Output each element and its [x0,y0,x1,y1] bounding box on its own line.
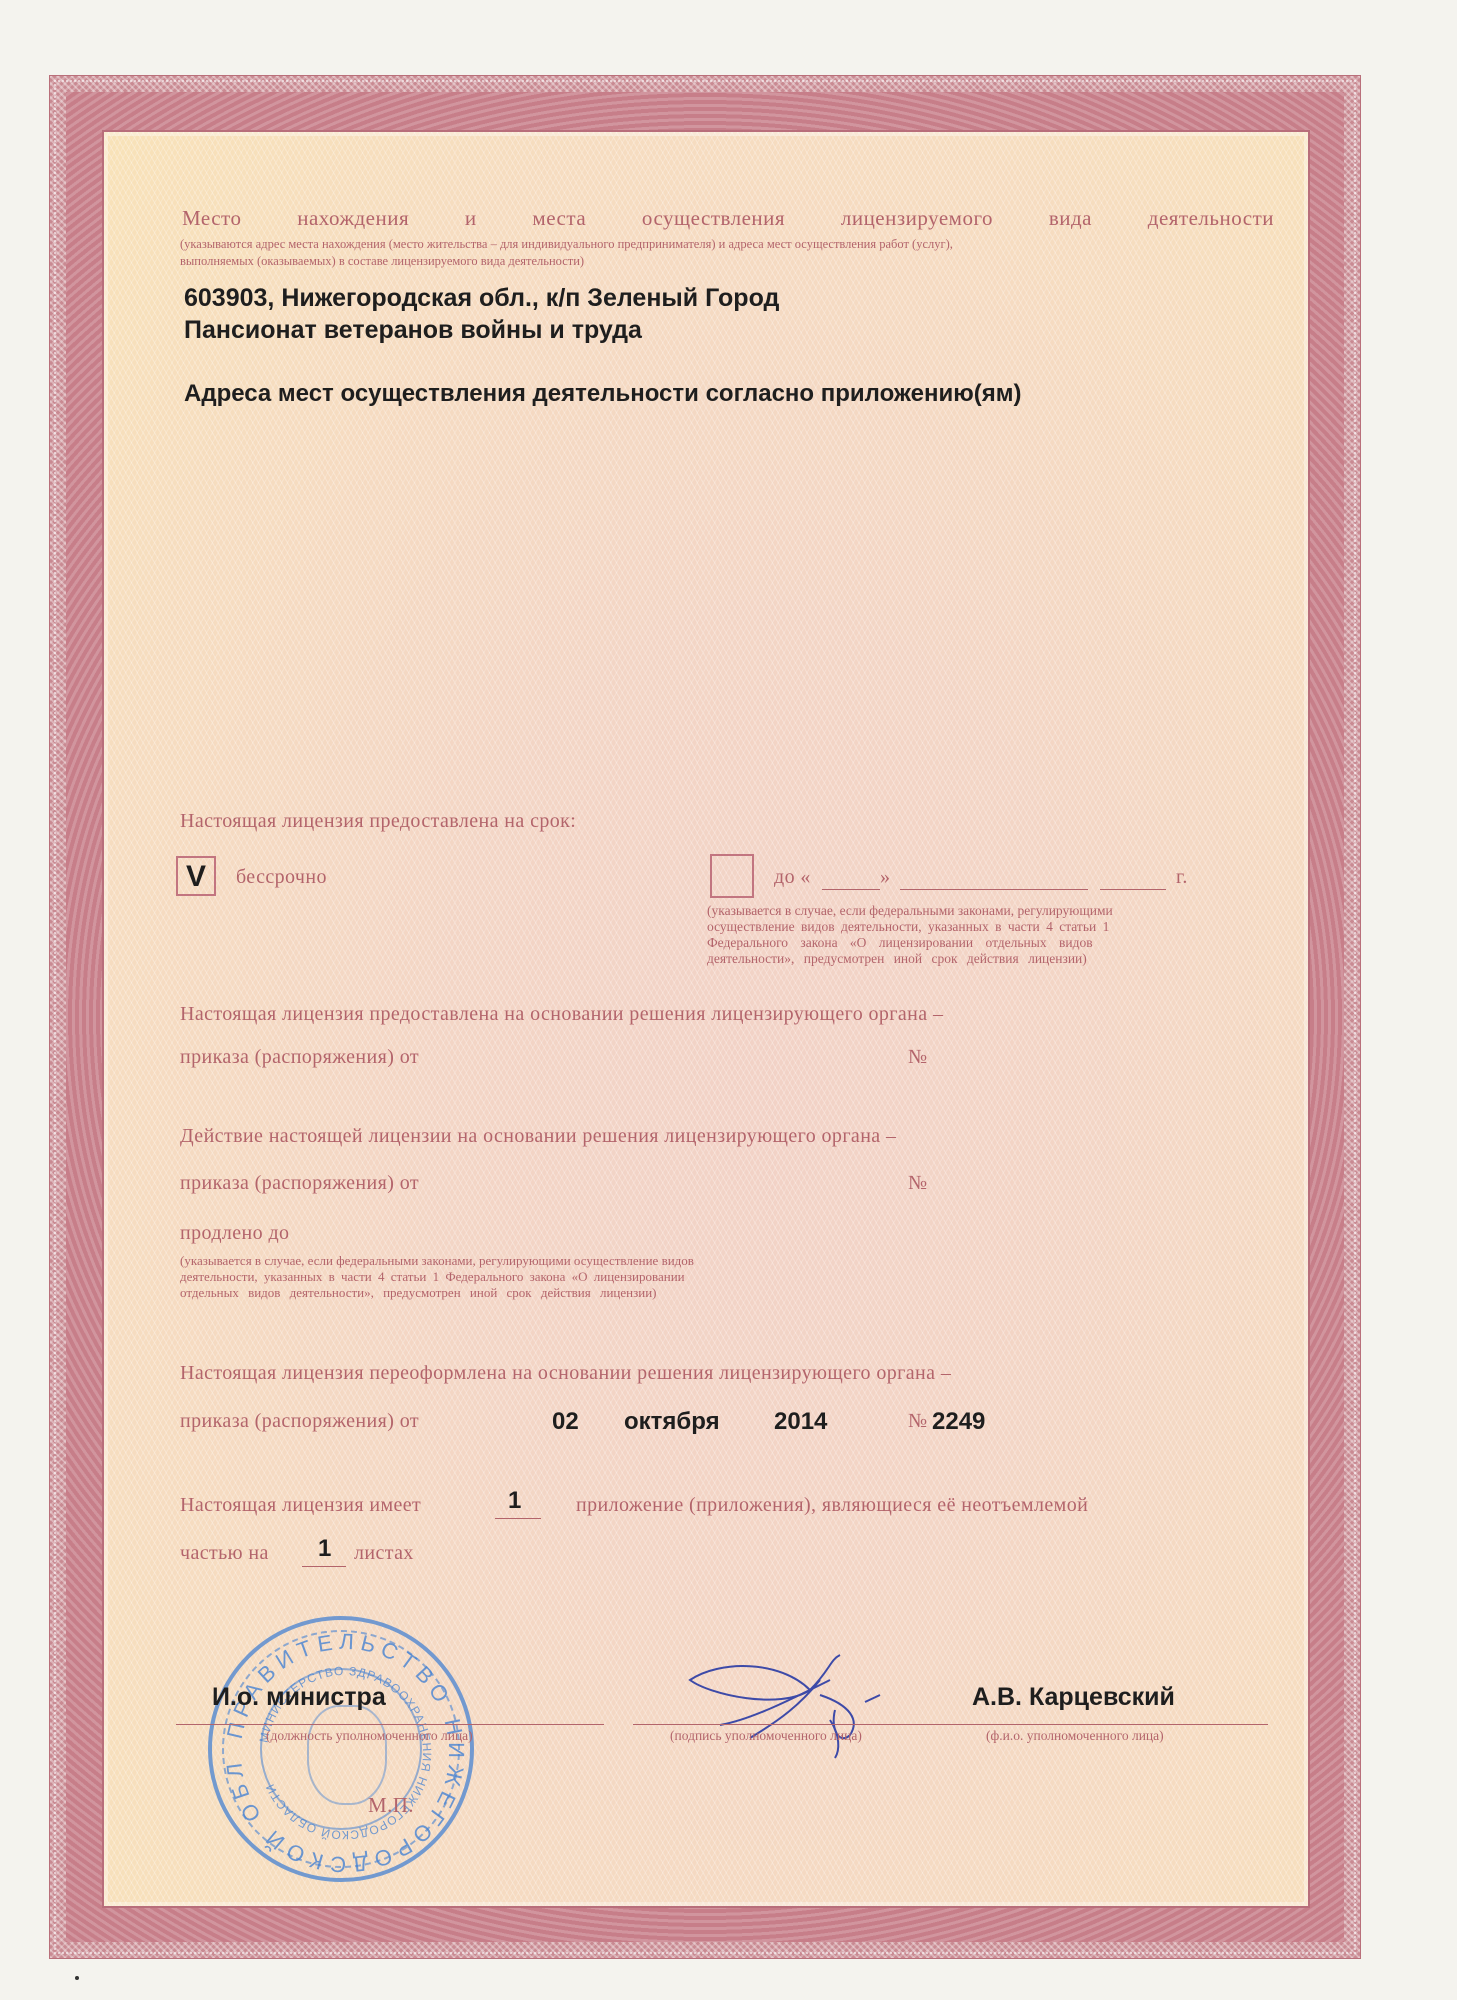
handwritten-signature [680,1650,900,1760]
until-quote-close: » [880,866,890,889]
appendices-prefix: Настоящая лицензия имеет [180,1494,421,1517]
location-heading: Место нахождения и места осуществления л… [182,206,1274,231]
extension-number-sign: № [908,1172,927,1195]
name-line [956,1724,1268,1725]
position-line [176,1724,604,1725]
until-month-field[interactable] [900,889,1088,890]
appendices-middle: приложение (приложения), являющиеся её н… [576,1494,1088,1517]
reissue-order-label: приказа (распоряжения) от [180,1410,419,1433]
seal-place-label: М.П. [368,1793,414,1818]
indefinite-checkbox[interactable]: V [176,856,216,896]
location-note-line2: выполняемых (оказываемых) в составе лице… [180,254,584,269]
until-prefix: до « [774,866,811,889]
until-date-checkbox[interactable] [710,854,754,898]
until-note-line4: деятельности», предусмотрен иной срок де… [707,951,1087,966]
check-mark: V [186,860,206,894]
extension-heading: Действие настоящей лицензии на основании… [180,1125,896,1148]
appendices-count: 1 [508,1487,521,1515]
signature-caption: (подпись уполномоченного лица) [670,1728,862,1743]
until-year-suffix: г. [1176,866,1188,889]
official-stamp: ПРАВИТЕЛЬСТВО НИЖЕГОРОДСКОЙ ОБЛАСТИ МИНИ… [208,1616,474,1882]
reissue-year: 2014 [774,1408,827,1436]
reissue-day: 02 [552,1408,579,1436]
address-line1: 603903, Нижегородская обл., к/п Зеленый … [184,284,779,313]
location-note-line1: (указываются адрес места нахождения (мес… [180,237,953,252]
signatory-name: А.В. Карцевский [972,1683,1175,1712]
appendices-sheets-suffix: листах [354,1542,414,1565]
stamp-ring-text: ПРАВИТЕЛЬСТВО НИЖЕГОРОДСКОЙ ОБЛАСТИ МИНИ… [212,1620,478,1886]
until-note-line2: осуществление видов деятельности, указан… [707,919,1109,934]
address-line2: Пансионат ветеранов войны и труда [184,316,642,345]
term-heading: Настоящая лицензия предоставлена на срок… [180,810,576,833]
license-page: Место нахождения и места осуществления л… [0,0,1457,2000]
name-caption: (ф.и.о. уполномоченного лица) [986,1728,1164,1743]
reissue-heading: Настоящая лицензия переоформлена на осно… [180,1362,951,1385]
until-note-line3: Федерального закона «О лицензировании от… [707,935,1093,950]
until-day-field[interactable] [822,889,880,890]
granted-order-label: приказа (распоряжения) от [180,1046,419,1069]
signature-line [633,1724,961,1725]
appendices-part-prefix: частью на [180,1542,269,1565]
reissue-month: октября [624,1408,720,1436]
appendices-sheets: 1 [318,1535,331,1563]
extension-order-label: приказа (распоряжения) от [180,1172,419,1195]
indefinite-label: бессрочно [236,866,327,889]
granted-number-sign: № [908,1046,927,1069]
appendices-count-line [495,1518,541,1519]
reissue-number: 2249 [932,1408,985,1436]
coat-of-arms-icon [307,1705,387,1805]
until-year-field[interactable] [1100,889,1166,890]
extension-note-line2: деятельности, указанных в части 4 статьи… [180,1269,685,1284]
extension-note-line1: (указывается в случае, если федеральными… [180,1253,694,1269]
appendices-sheets-line [302,1566,346,1567]
reissue-number-sign: № [908,1410,927,1433]
extension-note-line3: отдельных видов деятельности», предусмот… [180,1285,657,1300]
scan-speck [75,1976,79,1980]
position-caption: (должность уполномоченного лица) [266,1728,473,1743]
signatory-position: И.о. министра [212,1683,386,1712]
addresses-by-appendix: Адреса мест осуществления деятельности с… [184,380,1021,408]
granted-basis-heading: Настоящая лицензия предоставлена на осно… [180,1003,943,1026]
extended-until-label: продлено до [180,1222,289,1245]
until-note-line1: (указывается в случае, если федеральными… [707,903,1113,919]
